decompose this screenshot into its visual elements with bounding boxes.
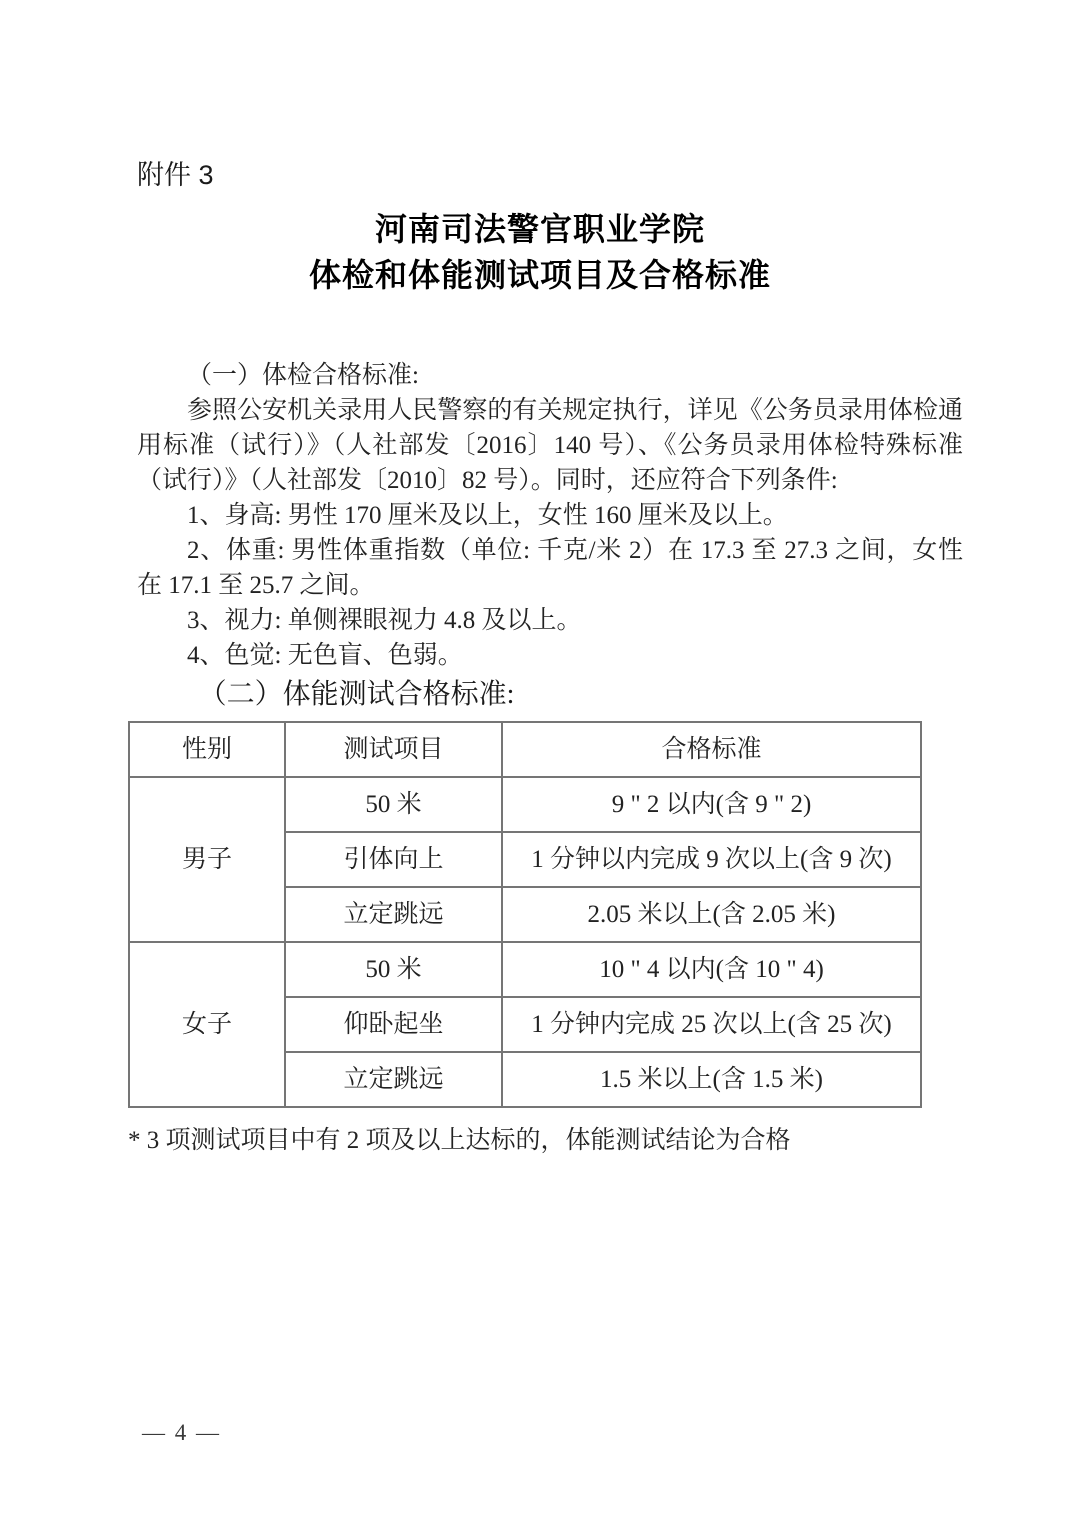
list-item-color-vision: 4、色觉: 无色盲、色弱。 [137, 638, 963, 673]
title-line-2: 体检和体能测试项目及合格标准 [0, 252, 1080, 298]
cell-standard: 9 " 2 以内(含 9 " 2) [502, 777, 921, 832]
cell-gender-female: 女子 [129, 942, 285, 1107]
list-item-height: 1、身高: 男性 170 厘米及以上，女性 160 厘米及以上。 [137, 498, 963, 533]
table-row: 女子 50 米 10 " 4 以内(含 10 " 4) [129, 942, 921, 997]
cell-item: 50 米 [285, 777, 502, 832]
title-line-1: 河南司法警官职业学院 [0, 206, 1080, 252]
section2-heading: （二）体能测试合格标准: [137, 675, 963, 715]
cell-standard: 2.05 米以上(含 2.05 米) [502, 887, 921, 942]
page-number: — 4 — [142, 1420, 221, 1446]
cell-standard: 10 " 4 以内(含 10 " 4) [502, 942, 921, 997]
cell-item: 50 米 [285, 942, 502, 997]
document-page: 附件 3 河南司法警官职业学院 体检和体能测试项目及合格标准 （一）体检合格标准… [0, 0, 1080, 1528]
header-test-item: 测试项目 [285, 722, 502, 777]
header-gender: 性别 [129, 722, 285, 777]
cell-standard: 1 分钟内完成 25 次以上(含 25 次) [502, 997, 921, 1052]
cell-gender-male: 男子 [129, 777, 285, 942]
header-pass-standard: 合格标准 [502, 722, 921, 777]
section1-paragraph: 参照公安机关录用人民警察的有关规定执行，详见《公务员录用体检通用标准（试行）》（… [137, 393, 963, 498]
section1-heading: （一）体检合格标准: [137, 358, 963, 393]
fitness-test-table: 性别 测试项目 合格标准 男子 50 米 9 " 2 以内(含 9 " 2) 引… [128, 721, 922, 1108]
document-body: （一）体检合格标准: 参照公安机关录用人民警察的有关规定执行，详见《公务员录用体… [137, 358, 963, 1158]
table-header-row: 性别 测试项目 合格标准 [129, 722, 921, 777]
list-item-weight: 2、体重: 男性体重指数（单位: 千克/米 2）在 17.3 至 27.3 之间… [137, 533, 963, 603]
cell-item: 立定跳远 [285, 887, 502, 942]
document-title: 河南司法警官职业学院 体检和体能测试项目及合格标准 [0, 206, 1080, 298]
table-footnote: * 3 项测试项目中有 2 项及以上达标的，体能测试结论为合格 [128, 1124, 963, 1158]
cell-item: 仰卧起坐 [285, 997, 502, 1052]
cell-standard: 1.5 米以上(含 1.5 米) [502, 1052, 921, 1107]
cell-standard: 1 分钟以内完成 9 次以上(含 9 次) [502, 832, 921, 887]
list-item-vision: 3、视力: 单侧裸眼视力 4.8 及以上。 [137, 603, 963, 638]
attachment-label: 附件 3 [137, 158, 963, 192]
cell-item: 引体向上 [285, 832, 502, 887]
cell-item: 立定跳远 [285, 1052, 502, 1107]
table-row: 男子 50 米 9 " 2 以内(含 9 " 2) [129, 777, 921, 832]
